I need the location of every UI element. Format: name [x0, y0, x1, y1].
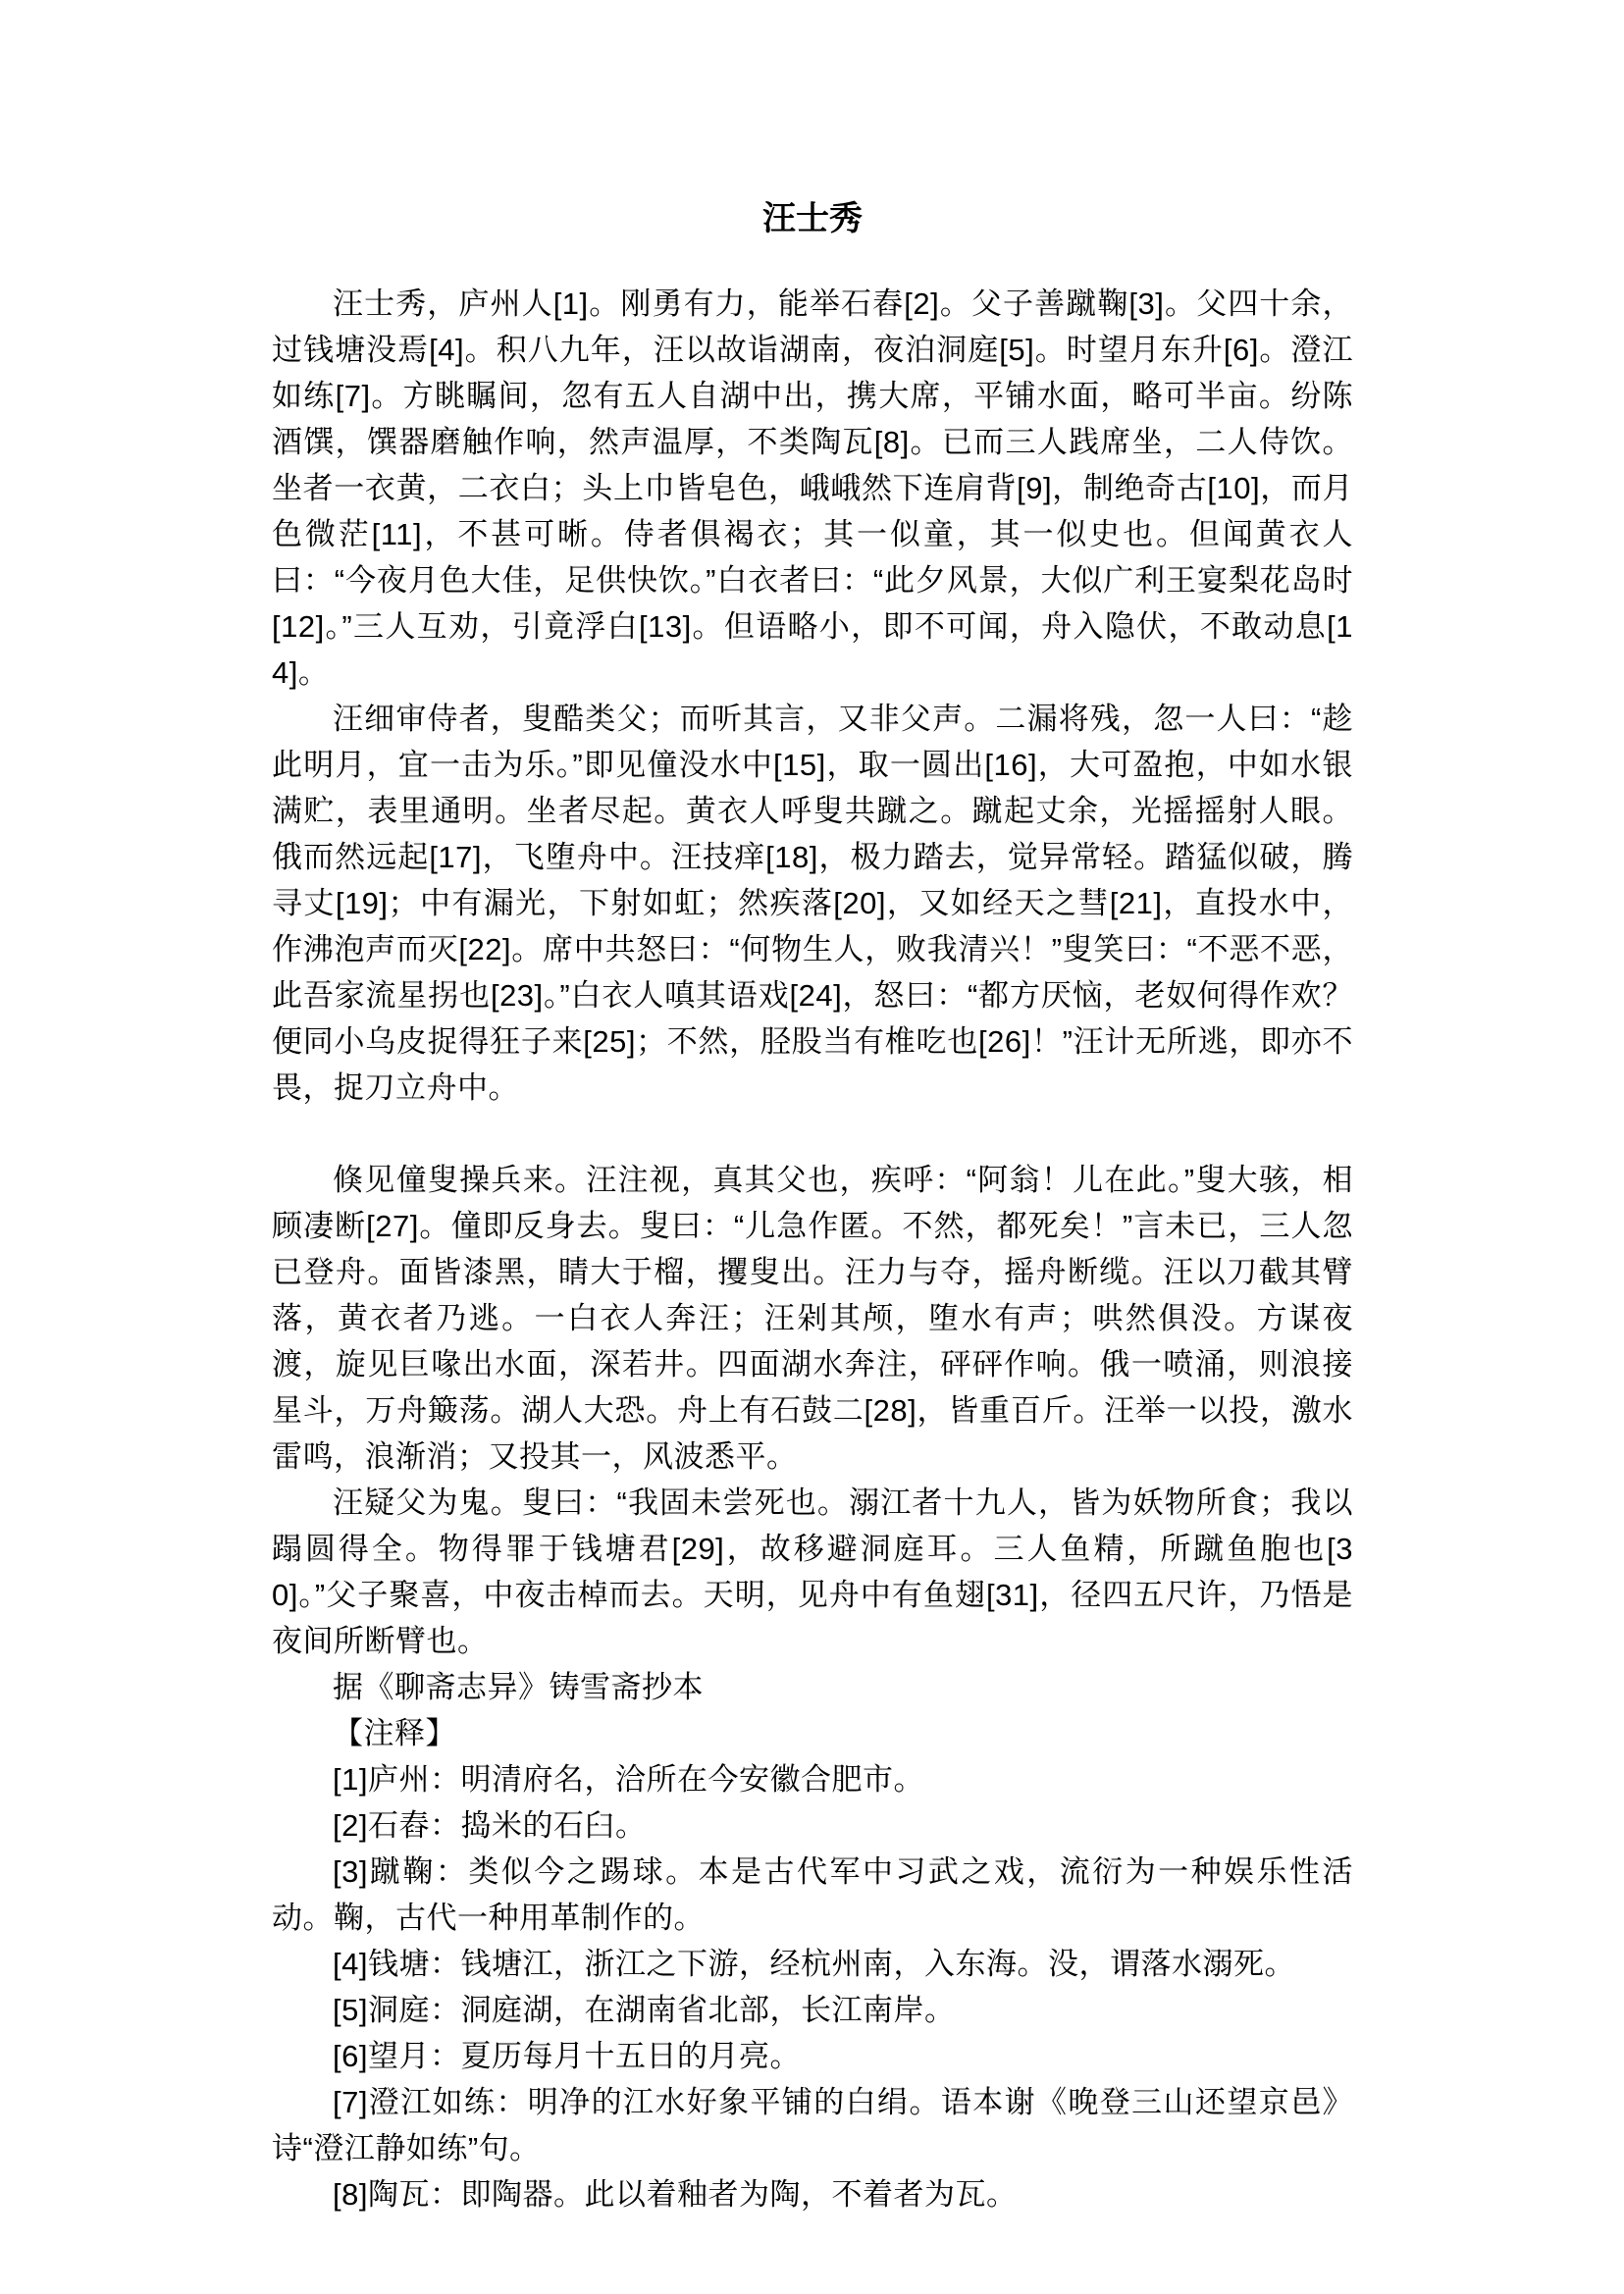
note-item-4: [4]钱塘：钱塘江，浙江之下游，经杭州南，入东海。没，谓落水溺死。: [272, 1941, 1353, 1987]
note-item-3: [3]蹴鞠：类似今之踢球。本是古代军中习武之戏，流衍为一种娱乐性活动。鞠，古代一…: [272, 1849, 1353, 1941]
story-paragraph-2: 汪细审侍者，叟酷类父；而听其言，又非父声。二漏将残，忽一人曰：“趁此明月，宜一击…: [272, 696, 1353, 1111]
note-item-6: [6]望月：夏历每月十五日的月亮。: [272, 2033, 1353, 2079]
note-item-8: [8]陶瓦：即陶器。此以着釉者为陶，不着者为瓦。: [272, 2171, 1353, 2217]
story-paragraph-3: 倏见僮叟操兵来。汪注视，真其父也，疾呼：“阿翁！儿在此。”叟大骇，相顾凄断[27…: [272, 1157, 1353, 1480]
page-content: 汪士秀 汪士秀，庐州人[1]。刚勇有力，能举石舂[2]。父子善蹴鞠[3]。父四十…: [272, 196, 1353, 2217]
note-item-2: [2]石舂：捣米的石臼。: [272, 1802, 1353, 1849]
note-item-7: [7]澄江如练：明净的江水好象平铺的白绢。语本谢《晚登三山还望京邑》诗“澄江静如…: [272, 2079, 1353, 2171]
attribution-line: 据《聊斋志异》铸雪斋抄本: [272, 1664, 1353, 1710]
note-item-1: [1]庐州：明清府名，洽所在今安徽合肥市。: [272, 1756, 1353, 1802]
story-title: 汪士秀: [272, 196, 1353, 242]
document-page: 汪士秀 汪士秀，庐州人[1]。刚勇有力，能举石舂[2]。父子善蹴鞠[3]。父四十…: [0, 0, 1624, 2294]
story-paragraph-1: 汪士秀，庐州人[1]。刚勇有力，能举石舂[2]。父子善蹴鞠[3]。父四十余，过钱…: [272, 281, 1353, 696]
notes-heading: 【注释】: [272, 1710, 1353, 1756]
story-paragraph-4: 汪疑父为鬼。叟曰：“我固未尝死也。溺江者十九人，皆为妖物所食；我以蹋圆得全。物得…: [272, 1480, 1353, 1664]
note-item-5: [5]洞庭：洞庭湖，在湖南省北部，长江南岸。: [272, 1987, 1353, 2033]
